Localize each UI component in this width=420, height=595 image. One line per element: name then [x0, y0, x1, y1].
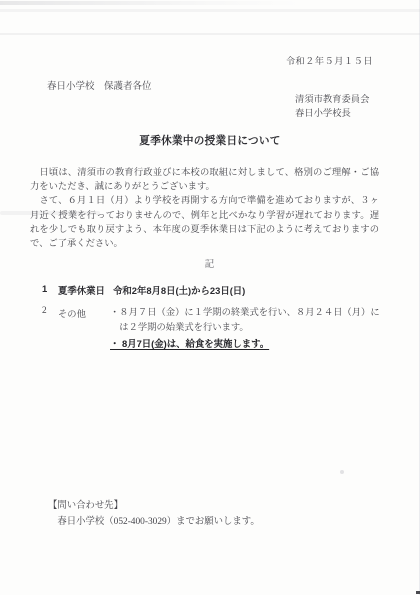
document-date: 令和２年５月１５日 — [286, 53, 373, 67]
item-label: 夏季休業日 — [58, 283, 113, 297]
sender-block: 清須市教育委員会 春日小学校長 — [295, 94, 369, 121]
item-value: 令和2年8月8日(土)から23日(日) — [113, 283, 245, 297]
contact-line: 春日小学校（052-400-3029）までお願いします。 — [48, 515, 260, 531]
paragraph-main: さて、６月１日（月）より学校を再開する方向で準備を進めておりますが、３ヶ月近く授… — [30, 194, 379, 251]
record-mark: 記 — [0, 256, 420, 270]
sender-organization: 清須市教育委員会 — [295, 94, 369, 108]
body-paragraphs: 日頃は、清須市の教育行政並びに本校の取組に対しまして、格別のご理解・ご協力をいた… — [30, 166, 379, 251]
bullet-ceremonies: ・８月７日（金）に１学期の終業式を行い、８月２４日（月）には２学期の始業式を行い… — [110, 306, 382, 335]
scan-artifact-speck — [340, 470, 344, 474]
item-bullets: ・８月７日（金）に１学期の終業式を行い、８月２４日（月）には２学期の始業式を行い… — [110, 306, 382, 352]
list-item-summer-break: 1 夏季休業日 令和2年8月8日(土)から23日(日) — [42, 283, 245, 297]
contact-header: 【問い合わせ先】 — [48, 499, 260, 515]
scan-artifact-speck — [416, 591, 420, 594]
contact-block: 【問い合わせ先】 春日小学校（052-400-3029）までお願いします。 — [48, 499, 260, 530]
scan-artifact-streak — [0, 1, 300, 5]
scan-artifact-streak — [0, 33, 420, 35]
bullet-lunch-emphasis: ・ 8月7日(金)は、給食を実施します。 — [110, 337, 382, 352]
scan-artifact-streak — [0, 9, 420, 12]
sender-title: 春日小学校長 — [295, 108, 369, 122]
item-label: その他 — [58, 306, 110, 320]
item-number: 2 — [42, 306, 58, 316]
document-title: 夏季休業中の授業日について — [0, 133, 420, 148]
list-item-other: 2 その他 ・８月７日（金）に１学期の終業式を行い、８月２４日（月）には２学期の… — [42, 306, 382, 352]
scanned-letter-page: 令和２年５月１５日 春日小学校 保護者各位 清須市教育委員会 春日小学校長 夏季… — [0, 0, 420, 595]
paragraph-greeting: 日頃は、清須市の教育行政並びに本校の取組に対しまして、格別のご理解・ご協力をいた… — [30, 166, 379, 194]
item-number: 1 — [42, 283, 58, 294]
recipient-line: 春日小学校 保護者各位 — [47, 78, 152, 92]
